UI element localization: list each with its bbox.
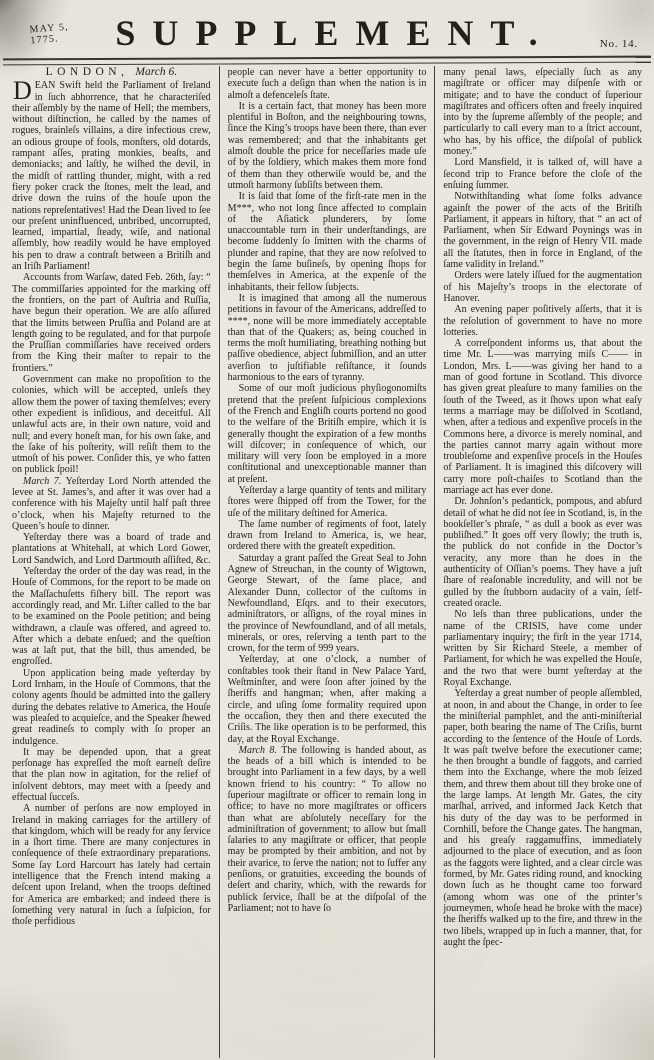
drop-cap: D xyxy=(12,80,35,101)
paragraph: people can never have a better opportuni… xyxy=(228,67,427,101)
dateline: LONDON, March 6. xyxy=(12,67,211,78)
issue-number: No. 14. xyxy=(600,38,638,50)
paragraph: Orders were lately iſſued for the augmen… xyxy=(443,270,642,304)
paragraph: Upon application being made yeſterday by… xyxy=(12,668,211,747)
paragraph: Saturday a grant paſſed the Great Seal t… xyxy=(228,553,427,655)
paragraph: No leſs than three publications, under t… xyxy=(443,609,642,688)
column-1: LONDON, March 6. DEAN Swift held the Par… xyxy=(4,66,219,1058)
paragraph-lead-date: March 7. xyxy=(23,476,66,487)
paragraph: Notwithſtanding what ſome folks advance … xyxy=(443,191,642,270)
paragraph: It is a certain fact, that money has bee… xyxy=(228,101,427,191)
paragraph: March 8. The following is handed about, … xyxy=(228,745,427,914)
paragraph: Lord Mansfield, it is talked of, will ha… xyxy=(443,157,642,191)
paragraph: Some of our moſt judicious phyſiogonomiſ… xyxy=(228,383,427,485)
paragraph: Dr. Johnſon’s pedantick, pompous, and ab… xyxy=(443,496,642,609)
column-3: many penal laws, eſpecially ſuch as any … xyxy=(434,66,650,1058)
paragraph: An evening paper poſitively aſſerts, tha… xyxy=(443,304,642,338)
dateline-date: March 6. xyxy=(135,66,177,78)
paragraph: March 7. Yeſterday Lord North attended t… xyxy=(12,476,211,532)
column-3-paragraphs: many penal laws, eſpecially ſuch as any … xyxy=(443,67,642,948)
dateline-city: LONDON, xyxy=(46,66,129,78)
column-1-paragraphs: Accounts from Warſaw, dated Feb. 26th, ſ… xyxy=(12,272,211,927)
column-2: people can never have a better opportuni… xyxy=(219,66,435,1058)
paragraph: Government can make no propoſition to th… xyxy=(12,374,211,476)
paragraph: It is imagined that among all the numero… xyxy=(228,293,427,383)
paragraph: Yeſterday there was a board of trade and… xyxy=(12,532,211,566)
masthead-title: SUPPLEMENT. xyxy=(0,12,654,54)
column-2-paragraphs: people can never have a better opportuni… xyxy=(228,67,427,914)
paragraph: The ſame number of regiments of foot, la… xyxy=(228,519,427,553)
masthead-double-rule xyxy=(3,56,651,66)
paragraph: A correſpondent informs us, that about t… xyxy=(443,338,642,496)
paragraph: Accounts from Warſaw, dated Feb. 26th, ſ… xyxy=(12,272,211,374)
paragraph-lead-date: March 8. xyxy=(239,745,282,756)
opening-text: EAN Swift held the Parliament of Ireland… xyxy=(12,80,211,272)
column-layout: LONDON, March 6. DEAN Swift held the Par… xyxy=(4,66,650,1058)
paragraph: It may be depended upon, that a great pe… xyxy=(12,747,211,803)
masthead: MAY 5, 1775. SUPPLEMENT. No. 14. xyxy=(0,12,654,60)
newspaper-page: MAY 5, 1775. SUPPLEMENT. No. 14. LONDON,… xyxy=(0,0,654,1060)
opening-paragraph: DEAN Swift held the Parliament of Irelan… xyxy=(12,80,211,272)
paragraph: Yeſterday a great number of people aſſem… xyxy=(443,688,642,948)
paragraph: Yeſterday a large quantity of tents and … xyxy=(228,485,427,519)
paragraph: A number of perſons are now employed in … xyxy=(12,803,211,927)
paragraph: Yeſterday the order of the day was read,… xyxy=(12,566,211,668)
paragraph: many penal laws, eſpecially ſuch as any … xyxy=(443,67,642,157)
paragraph: It is ſaid that ſome of the firſt-rate m… xyxy=(228,191,427,293)
paragraph: Yeſterday, at one o’clock, a number of c… xyxy=(228,654,427,744)
